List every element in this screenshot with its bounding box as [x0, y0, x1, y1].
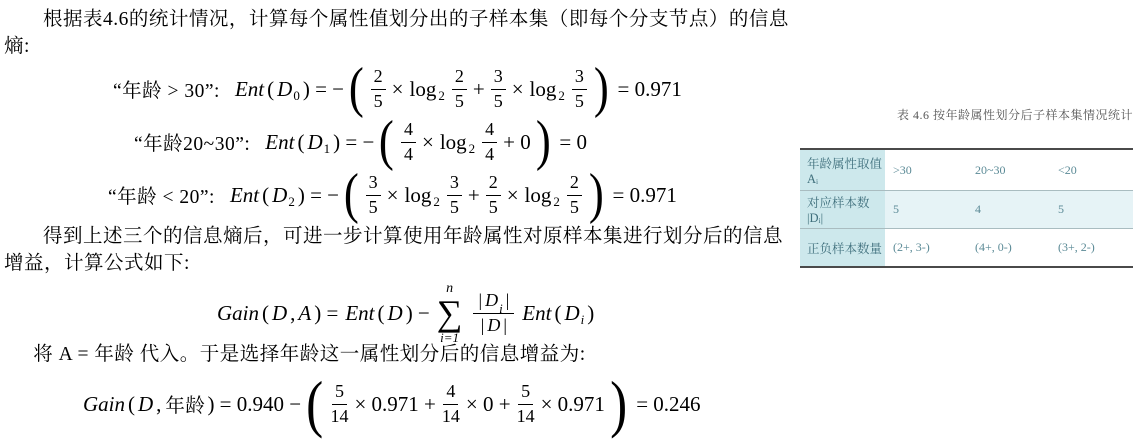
- formula-entropy-d0: “年龄 > 30”:Ent(D0) = −(25×log225+35×log23…: [113, 60, 684, 118]
- table-cell: >30: [885, 150, 967, 190]
- table-caption: 表 4.6 按年龄属性划分后子样本集情况统计: [800, 106, 1133, 123]
- table-cell: 5: [1050, 191, 1133, 228]
- denominator: 14: [442, 405, 460, 427]
- math-identifier: D: [271, 183, 288, 208]
- math-identifier: Gain: [82, 392, 126, 417]
- math-text: log: [403, 183, 434, 208]
- math-identifier: Ent: [234, 77, 265, 102]
- table-row-label: 对应样本数 |Dᵢ|: [800, 191, 885, 228]
- numerator: 4: [443, 381, 458, 404]
- table-cell: 20~30: [967, 150, 1050, 190]
- formula-entropy-d1: “年龄20~30”:Ent(D1) = −(44×log244+ 0)= 0: [134, 113, 589, 171]
- numerator: 3: [491, 66, 506, 89]
- math-text: = 0.971: [611, 183, 679, 208]
- math-text: + 0: [501, 130, 533, 155]
- numerator: 2: [567, 172, 582, 195]
- math-text: ×: [510, 77, 526, 102]
- parenthesis: (: [349, 65, 364, 113]
- math-text: (: [126, 392, 137, 417]
- formula-entropy-d2: “年龄 < 20”:Ent(D2) = −(35×log235+25×log22…: [108, 166, 679, 224]
- denominator: 5: [489, 196, 498, 218]
- parenthesis: (: [379, 118, 394, 166]
- table-4-6: 年龄属性取值 Aᵢ >30 20~30 <20 对应样本数 |Dᵢ| 5 4 5…: [800, 148, 1133, 268]
- summation-lower-limit: i=1: [440, 331, 459, 344]
- denominator: 5: [369, 196, 378, 218]
- fraction: 44: [401, 119, 416, 164]
- fraction: 25: [371, 66, 386, 111]
- math-identifier: Ent: [521, 301, 552, 326]
- math-text: log: [438, 130, 469, 155]
- math-identifier: D: [271, 301, 288, 326]
- table-cell: (4+, 0-): [967, 229, 1050, 266]
- denominator: 5: [455, 90, 464, 112]
- math-text: × 0 +: [464, 392, 513, 417]
- math-text: ×: [420, 130, 436, 155]
- math-text: |: [501, 315, 509, 336]
- table-row-label: 年龄属性取值 Aᵢ: [800, 150, 885, 190]
- fraction: 25: [486, 172, 501, 217]
- denominator: 5: [374, 90, 383, 112]
- table-cell: 5: [885, 191, 967, 228]
- parenthesis: ): [610, 377, 627, 431]
- numerator: 4: [401, 119, 416, 142]
- numerator: 3: [447, 172, 462, 195]
- math-text: ) = −: [331, 130, 376, 155]
- numerator: 5: [332, 381, 347, 404]
- table-row-label: 正负样本数量: [800, 229, 885, 266]
- denominator: 5: [450, 196, 459, 218]
- math-subscript: 0: [293, 88, 300, 104]
- math-text: (: [376, 301, 387, 326]
- math-identifier: Gain: [216, 301, 260, 326]
- math-text: ×: [390, 77, 406, 102]
- math-text: × 0.971: [539, 392, 607, 417]
- formula-gain-general: Gain(D,A) =Ent(D) −n∑i=1|Di||D|Ent(Di): [216, 281, 596, 345]
- table-row: 对应样本数 |Dᵢ| 5 4 5: [800, 190, 1133, 228]
- math-text: = 0.971: [616, 77, 684, 102]
- math-identifier: D: [306, 130, 323, 155]
- math-text: (: [260, 183, 271, 208]
- parenthesis: ): [594, 65, 609, 113]
- table-row: 正负样本数量 (2+, 3-) (4+, 0-) (3+, 2-): [800, 228, 1133, 266]
- numerator: 4: [482, 119, 497, 142]
- math-text: ) = 0.940 −: [205, 392, 303, 417]
- math-text: × 0.971 +: [352, 392, 437, 417]
- math-text: +: [466, 183, 482, 208]
- math-text: ) = −: [301, 77, 346, 102]
- math-subscript: 2: [558, 88, 565, 104]
- math-identifier: Ent: [264, 130, 295, 155]
- parenthesis: ): [536, 118, 551, 166]
- math-text: ,: [288, 301, 297, 326]
- math-text: log: [528, 77, 559, 102]
- math-text: (: [260, 301, 271, 326]
- fraction: 35: [572, 66, 587, 111]
- denominator: 4: [485, 143, 494, 165]
- math-text: ) =: [312, 301, 340, 326]
- math-identifier: D: [486, 315, 501, 336]
- denominator: 5: [570, 196, 579, 218]
- denominator: 14: [330, 405, 348, 427]
- math-subscript: 2: [438, 88, 445, 104]
- math-text: = 0: [557, 130, 589, 155]
- math-identifier: D: [387, 301, 404, 326]
- math-identifier: D: [484, 290, 499, 311]
- paragraph-substitute: 将 A = 年龄 代入。于是选择年龄这一属性划分后的信息增益为:: [4, 341, 784, 368]
- formula-label: “年龄 > 30”:: [113, 75, 220, 103]
- numerator: 5: [518, 381, 533, 404]
- fraction: 514: [517, 381, 535, 426]
- formula-label: “年龄20~30”:: [134, 128, 250, 156]
- math-text: (: [265, 77, 276, 102]
- parenthesis: (: [344, 171, 359, 219]
- math-subscript: 2: [433, 194, 440, 210]
- table-cell: 4: [967, 191, 1050, 228]
- math-identifier: A: [297, 301, 312, 326]
- math-subscript: i: [499, 301, 503, 316]
- math-text: = 0.246: [634, 392, 702, 417]
- math-subscript: 1: [324, 141, 331, 157]
- math-text: ×: [385, 183, 401, 208]
- math-identifier: D: [276, 77, 293, 102]
- numerator: 2: [371, 66, 386, 89]
- numerator: 2: [486, 172, 501, 195]
- math-text: |: [479, 315, 487, 336]
- math-text: ): [585, 301, 596, 326]
- math-subscript: 2: [553, 194, 560, 210]
- math-identifier: Ent: [344, 301, 375, 326]
- math-text: log: [523, 183, 554, 208]
- table-cell: (2+, 3-): [885, 229, 967, 266]
- fraction: 35: [366, 172, 381, 217]
- formula-label: 年龄: [165, 390, 205, 418]
- math-text: ) −: [404, 301, 432, 326]
- numerator: 3: [572, 66, 587, 89]
- formula-gain-age: Gain(D,年龄) = 0.940 −(514× 0.971 +414× 0 …: [82, 370, 703, 438]
- formula-label: “年龄 < 20”:: [108, 181, 215, 209]
- math-subscript: i: [581, 312, 585, 328]
- parenthesis: ): [589, 171, 604, 219]
- math-text: ×: [505, 183, 521, 208]
- math-text: |: [504, 290, 512, 311]
- math-text: +: [471, 77, 487, 102]
- math-text: ,: [154, 392, 163, 417]
- table-cell: <20: [1050, 150, 1133, 190]
- math-text: (: [552, 301, 563, 326]
- paragraph-intro: 根据表4.6的统计情况，计算每个属性值划分出的子样本集（即每个分支节点）的信息熵…: [4, 6, 790, 60]
- fraction: 414: [442, 381, 460, 426]
- math-text: |: [476, 290, 484, 311]
- math-text: log: [408, 77, 439, 102]
- fraction: |Di||D|: [473, 290, 514, 335]
- fraction: 35: [447, 172, 462, 217]
- denominator: 14: [517, 405, 535, 427]
- sigma-symbol: ∑: [437, 297, 463, 329]
- denominator: 5: [575, 90, 584, 112]
- fraction: 25: [567, 172, 582, 217]
- math-identifier: D: [137, 392, 154, 417]
- denominator: |D|: [479, 314, 509, 336]
- table-row: 年龄属性取值 Aᵢ >30 20~30 <20: [800, 150, 1133, 190]
- summation: n∑i=1: [437, 282, 463, 344]
- math-subscript: 2: [288, 194, 295, 210]
- fraction: 25: [452, 66, 467, 111]
- math-identifier: Ent: [229, 183, 260, 208]
- document-page: 根据表4.6的统计情况，计算每个属性值划分出的子样本集（即每个分支节点）的信息熵…: [0, 0, 1145, 444]
- denominator: 4: [404, 143, 413, 165]
- math-identifier: D: [563, 301, 580, 326]
- numerator: |Di|: [473, 290, 514, 313]
- fraction: 514: [330, 381, 348, 426]
- paragraph-gain-intro: 得到上述三个的信息熵后，可进一步计算使用年龄属性对原样本集进行划分后的信息增益，…: [4, 223, 790, 277]
- math-text: ) = −: [296, 183, 341, 208]
- numerator: 3: [366, 172, 381, 195]
- numerator: 2: [452, 66, 467, 89]
- math-text: (: [295, 130, 306, 155]
- fraction: 44: [482, 119, 497, 164]
- denominator: 5: [494, 90, 503, 112]
- fraction: 35: [491, 66, 506, 111]
- parenthesis: (: [306, 377, 323, 431]
- math-subscript: 2: [469, 141, 476, 157]
- table-cell: (3+, 2-): [1050, 229, 1133, 266]
